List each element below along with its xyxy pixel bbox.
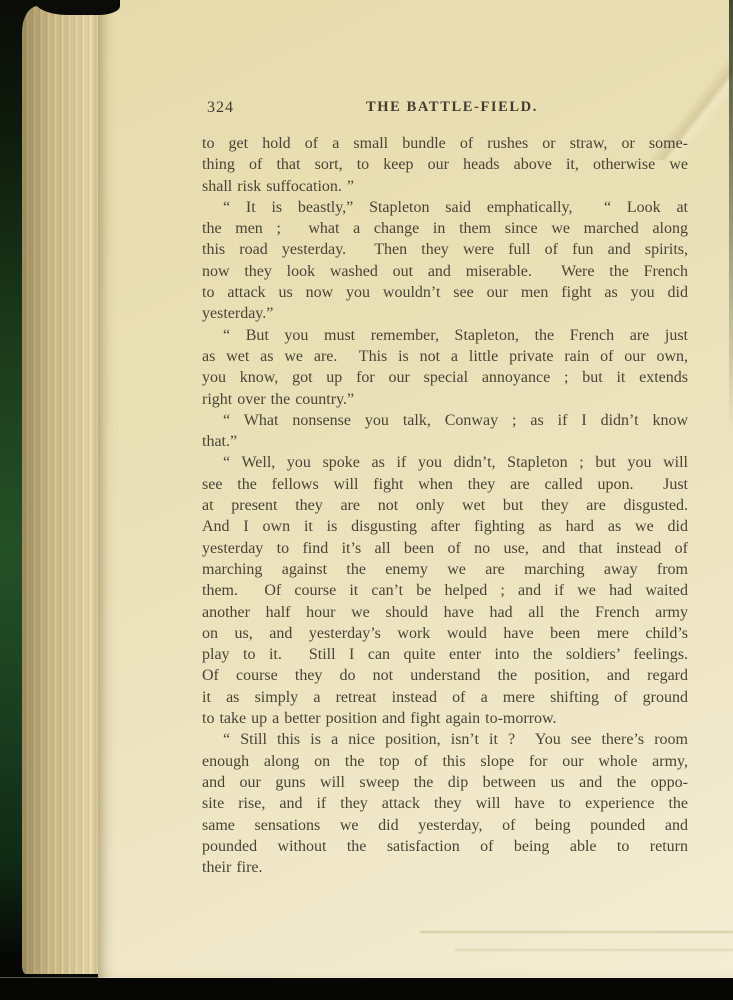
- text-line: yesterday to find it’s all been of no us…: [202, 538, 688, 559]
- text-line: it as simply a retreat instead of a mere…: [202, 687, 688, 708]
- text-line: their fire.: [202, 857, 688, 878]
- text-line: play to it. Still I can quite enter into…: [202, 644, 688, 665]
- under-page-edge-line: [420, 931, 733, 933]
- text-line: enough along on the top of this slope fo…: [202, 751, 688, 772]
- text-line: marching against the enemy we are marchi…: [202, 559, 688, 580]
- page-number: 324: [207, 99, 234, 117]
- page-right-edge-shadow: [729, 0, 733, 430]
- text-line: see the fellows will fight when they are…: [202, 474, 688, 495]
- text-line: right over the country.”: [202, 389, 688, 410]
- text-line: this road yesterday. Then they were full…: [202, 239, 688, 260]
- running-title: THE BATTLE-FIELD.: [202, 99, 688, 116]
- text-line: Of course they do not understand the pos…: [202, 665, 688, 686]
- text-line: “ What nonsense you talk, Conway ; as if…: [202, 410, 688, 431]
- text-line: shall risk suffocation. ”: [202, 176, 688, 197]
- text-line: to attack us now you wouldn’t see our me…: [202, 282, 688, 303]
- text-line: to take up a better position and fight a…: [202, 708, 688, 729]
- text-line: yesterday.”: [202, 303, 688, 324]
- book-fore-edge-pages: [22, 6, 104, 974]
- text-line: site rise, and if they attack they will …: [202, 793, 688, 814]
- text-line: “ Well, you spoke as if you didn’t, Stap…: [202, 452, 688, 473]
- text-line: you know, got up for our special annoyan…: [202, 367, 688, 388]
- page-header: 324 THE BATTLE-FIELD.: [202, 99, 688, 116]
- text-line: “ Still this is a nice position, isn’t i…: [202, 729, 688, 750]
- text-line: And I own it is disgusting after fightin…: [202, 516, 688, 537]
- book-page: 324 THE BATTLE-FIELD. to get hold of a s…: [98, 0, 733, 980]
- text-line: that.”: [202, 431, 688, 452]
- text-line: pounded without the satisfaction of bein…: [202, 836, 688, 857]
- text-line: same sensations we did yesterday, of bei…: [202, 815, 688, 836]
- text-line: and our guns will sweep the dip between …: [202, 772, 688, 793]
- background-bottom: [0, 978, 733, 1000]
- text-line: as wet as we are. This is not a little p…: [202, 346, 688, 367]
- text-line: the men ; what a change in them since we…: [202, 218, 688, 239]
- text-line: “ But you must remember, Stapleton, the …: [202, 325, 688, 346]
- text-line: thing of that sort, to keep our heads ab…: [202, 154, 688, 175]
- text-line: at present they are not only wet but the…: [202, 495, 688, 516]
- text-line: to get hold of a small bundle of rushes …: [202, 133, 688, 154]
- under-page-edge-line: [455, 949, 733, 951]
- text-line: on us, and yesterday’s work would have b…: [202, 623, 688, 644]
- book-page-photo: 324 THE BATTLE-FIELD. to get hold of a s…: [0, 0, 733, 1000]
- text-line: “ It is beastly,” Stapleton said emphati…: [202, 197, 688, 218]
- text-line: now they look washed out and miserable. …: [202, 261, 688, 282]
- text-line: them. Of course it can’t be helped ; and…: [202, 580, 688, 601]
- text-line: another half hour we should have had all…: [202, 602, 688, 623]
- page-body-text: to get hold of a small bundle of rushes …: [202, 133, 688, 878]
